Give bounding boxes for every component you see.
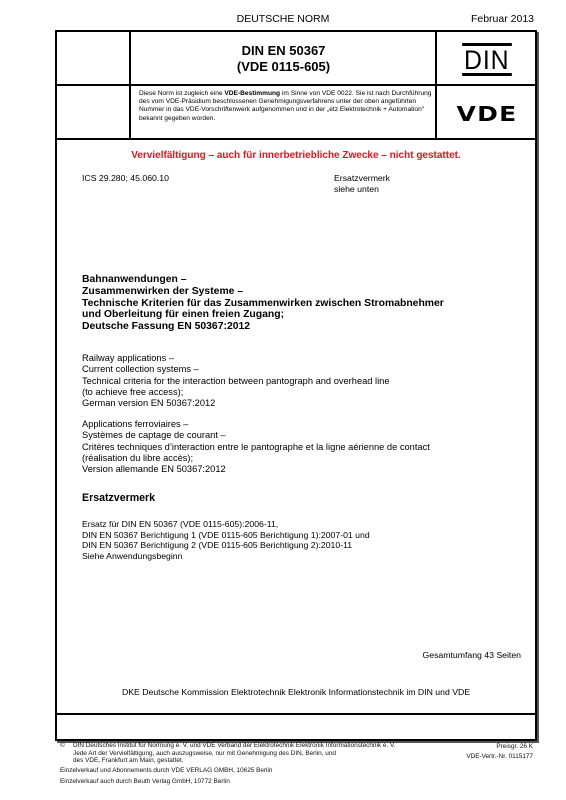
price-info: Preisgr. 26 K VDE-Vertr.-Nr. 0115177 — [466, 742, 533, 762]
title-line: Railway applications – — [82, 353, 390, 364]
copyright-line: Jede Art der Vervielfältigung, auch ausz… — [73, 750, 395, 758]
vde-note: Diese Norm ist zugleich eine VDE-Bestimm… — [139, 90, 435, 123]
title-french: Applications ferroviaires – Systèmes de … — [82, 419, 430, 475]
ersatz-heading: Ersatzvermerk — [82, 492, 155, 504]
ersatz-line: Ersatz für DIN EN 50367 (VDE 0115-605):2… — [82, 519, 370, 530]
ersatz-line: Siehe Anwendungsbeginn — [82, 551, 370, 562]
din-logo: DIN — [439, 32, 535, 86]
title-english: Railway applications – Current collectio… — [82, 353, 390, 409]
vde-note-bold: VDE-Bestimmung — [224, 90, 280, 97]
title-german: Bahnanwendungen – Zusammenwirken der Sys… — [82, 274, 444, 333]
cover-frame: DIN EN 50367 (VDE 0115-605) DIN Diese No… — [55, 30, 537, 741]
sales-info-vde: Einzelverkauf und Abonnements durch VDE … — [60, 767, 272, 775]
din-number: DIN EN 50367 — [242, 43, 326, 59]
divider — [57, 713, 535, 715]
copyright-line: des VDE, Frankfurt am Main, gestattet. — [73, 757, 395, 765]
title-line: Technische Kriterien für das Zusammenwir… — [82, 298, 444, 310]
price-group: Preisgr. 26 K — [466, 742, 533, 752]
title-line: Bahnanwendungen – — [82, 274, 444, 286]
ersatz-ref-line: siehe unten — [334, 184, 390, 195]
title-line: Current collection systems – — [82, 364, 390, 375]
document-number: DIN EN 50367 (VDE 0115-605) — [131, 32, 436, 86]
din-logo-text: DIN — [462, 43, 511, 76]
title-line: Applications ferroviaires – — [82, 419, 430, 430]
title-line: German version EN 50367:2012 — [82, 398, 390, 409]
title-line: Technical criteria for the interaction b… — [82, 376, 390, 387]
sales-info-beuth: Einzelverkauf auch durch Beuth Verlag Gm… — [60, 778, 230, 786]
issue-date: Februar 2013 — [471, 13, 534, 25]
ersatz-reference: Ersatzvermerk siehe unten — [334, 173, 390, 194]
copyright-line: DIN Deutsches Institut für Normung e. V.… — [73, 742, 395, 750]
ersatz-line: DIN EN 50367 Berichtigung 1 (VDE 0115-60… — [82, 530, 370, 541]
vde-distribution-number: VDE-Vertr.-Nr. 0115177 — [466, 752, 533, 762]
title-line: Version allemande EN 50367:2012 — [82, 464, 430, 475]
ics-codes: ICS 29.280; 45.060.10 — [82, 173, 169, 183]
total-pages: Gesamtumfang 43 Seiten — [422, 650, 521, 660]
copy-warning: Vervielfältigung – auch für innerbetrieb… — [57, 150, 535, 161]
title-line: (réalisation du libre accès); — [82, 453, 430, 464]
title-line: Deutsche Fassung EN 50367:2012 — [82, 321, 444, 333]
title-line: Critères techniques d’interaction entre … — [82, 442, 430, 453]
vde-number: (VDE 0115-605) — [237, 59, 330, 75]
vde-logo: VDE — [427, 88, 547, 140]
ersatz-line: DIN EN 50367 Berichtigung 2 (VDE 0115-60… — [82, 540, 370, 551]
copyright-notice: © DIN Deutsches Institut für Normung e. … — [60, 742, 395, 765]
title-line: Zusammenwirken der Systeme – — [82, 286, 444, 298]
title-line: (to achieve free access); — [82, 387, 390, 398]
ersatz-body: Ersatz für DIN EN 50367 (VDE 0115-605):2… — [82, 519, 370, 561]
copyright-icon: © — [60, 742, 65, 750]
dke-committee: DKE Deutsche Kommission Elektrotechnik E… — [57, 687, 535, 697]
title-line: Systèmes de captage de courant – — [82, 430, 430, 441]
title-line: und Oberleitung für einen freien Zugang; — [82, 309, 444, 321]
vde-note-text: Diese Norm ist zugleich eine — [139, 90, 224, 97]
ersatz-ref-line: Ersatzvermerk — [334, 173, 390, 184]
